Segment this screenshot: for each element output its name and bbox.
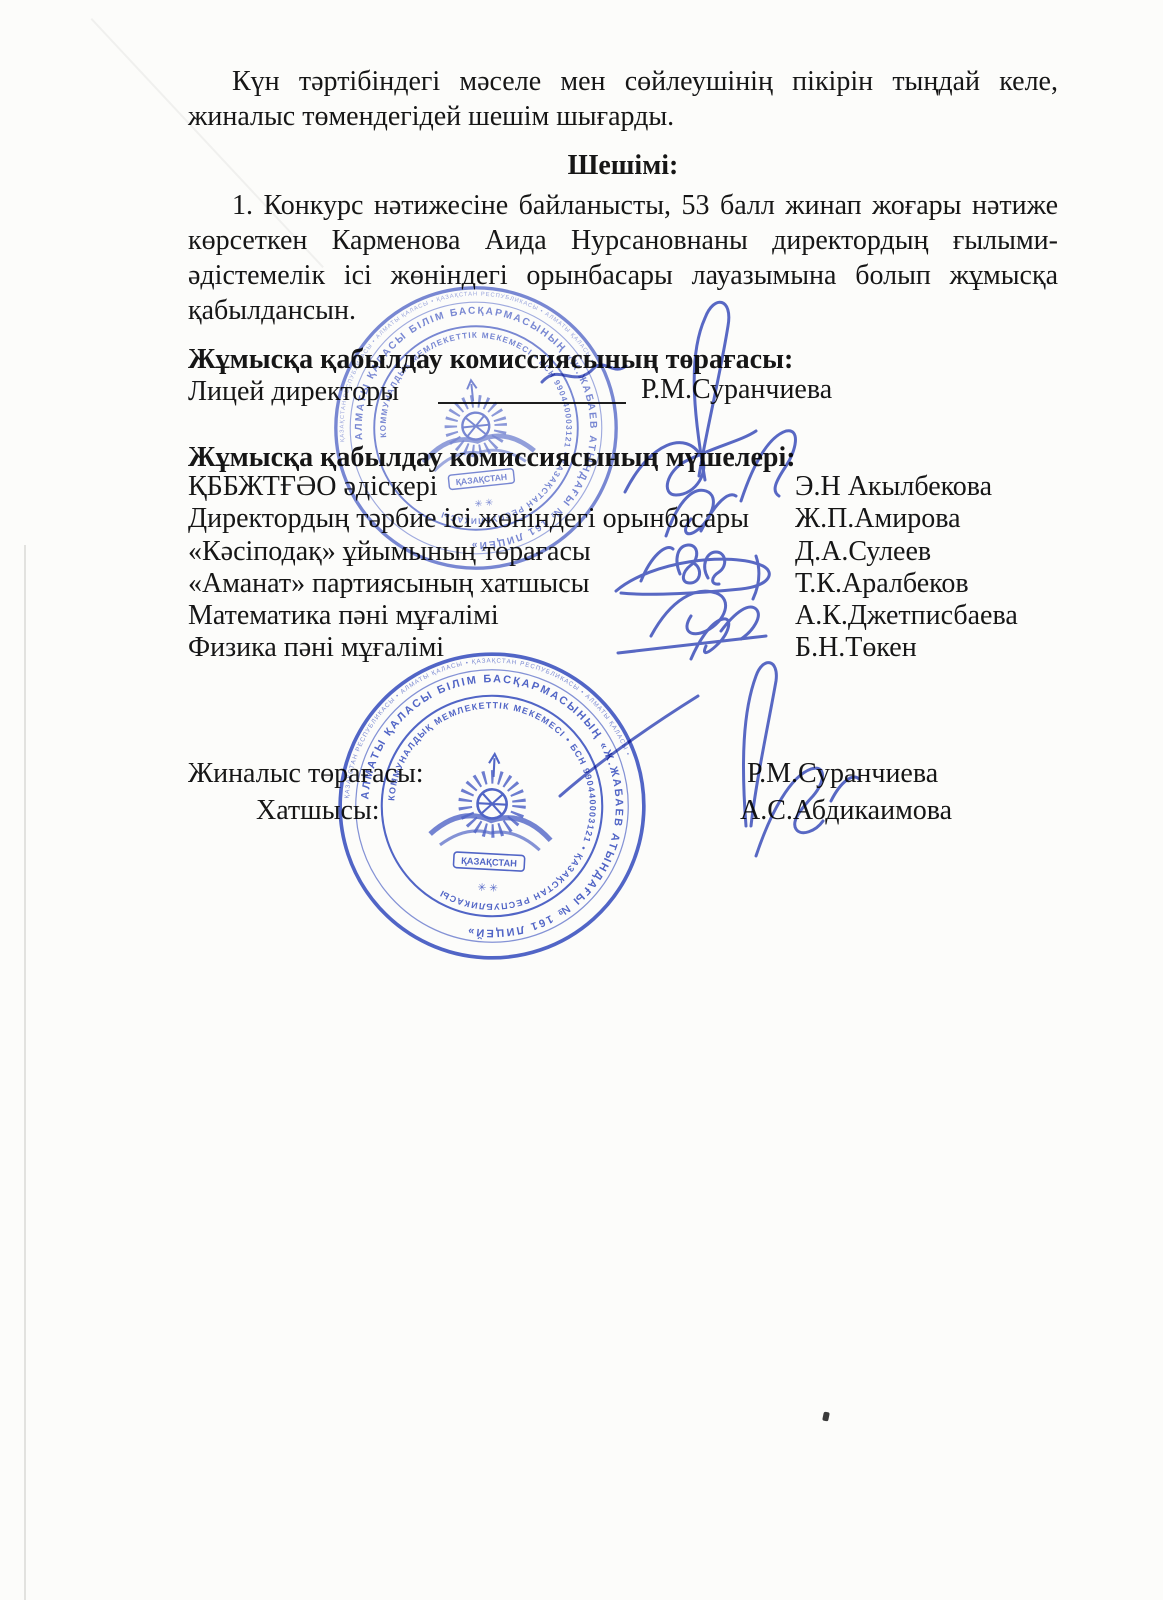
secretary-label: Хатшысы: (256, 795, 380, 827)
page-edge-line (24, 545, 26, 1600)
scanned-document-page: Күн тәртібіндегі мәселе мен сөйлеушінің … (0, 0, 1163, 1600)
member-name: Э.Н Акылбекова (795, 471, 992, 503)
commission-members-heading: Жұмысқа қабылдау комиссиясының мүшелері: (188, 440, 796, 475)
signature-aralbekov (616, 556, 769, 599)
intro-paragraph: Күн тәртібіндегі мәселе мен сөйлеушінің … (188, 64, 1058, 134)
member-role: Директордың тәрбие ісі жөніндегі орынбас… (188, 503, 749, 535)
commission-chair-heading: Жұмысқа қабылдау комиссиясының төрағасы: (188, 342, 793, 377)
ink-speck (822, 1411, 830, 1421)
stamp-stars: ✳ ✳ (477, 883, 498, 895)
decision-heading: Шешімі: (188, 148, 1058, 183)
member-name: Ж.П.Амирова (795, 503, 961, 535)
stamp-inner-ring-text: КОММУНАЛДЫҚ МЕМЛЕКЕТТІК МЕКЕМЕСІ • БСН 9… (381, 695, 603, 917)
secretary-name: А.С.Абдикаимова (740, 795, 952, 827)
member-role: «Аманат» партиясының хатшысы (188, 568, 589, 600)
stamp-name-ring-text: АЛМАТЫ ҚАЛАСЫ БІЛІМ БАСҚАРМАСЫНЫҢ «Ж.ЖАБ… (352, 666, 631, 946)
svg-text:КОММУНАЛДЫҚ МЕМЛЕКЕТТІК МЕКЕМЕ: КОММУНАЛДЫҚ МЕМЛЕКЕТТІК МЕКЕМЕСІ • БСН 9… (381, 695, 603, 917)
decision-item-paragraph: 1. Конкурс нәтижесіне байланысты, 53 бал… (188, 188, 1058, 328)
member-role: Физика пәні мұғалімі (188, 632, 444, 664)
signature-suleev (641, 545, 725, 584)
signature-dzhetpisbaeva (651, 591, 758, 639)
kazakhstan-emblem-icon (428, 751, 555, 873)
svg-text:АЛМАТЫ ҚАЛАСЫ БІЛІМ БАСҚАРМАСЫ: АЛМАТЫ ҚАЛАСЫ БІЛІМ БАСҚАРМАСЫНЫҢ «Ж.ЖАБ… (352, 666, 631, 946)
member-role: Математика пәні мұғалімі (188, 600, 499, 632)
signature-footer-stroke (560, 696, 698, 796)
meeting-chair-name: Р.М.Суранчиева (747, 758, 938, 790)
member-name: Д.А.Сулеев (795, 536, 931, 568)
meeting-chair-label: Жиналыс төрағасы: (188, 758, 424, 790)
member-role: ҚББЖТҒӘО әдіскері (188, 471, 437, 503)
commission-chair-role: Лицей директоры (188, 376, 399, 408)
member-role: «Кәсіподақ» ұйымының төрағасы (188, 536, 591, 568)
member-name: Т.К.Аралбеков (795, 568, 969, 600)
signature-token (618, 619, 766, 659)
member-name: А.К.Джетписбаева (795, 600, 1018, 632)
commission-chair-name: Р.М.Суранчиева (641, 374, 832, 406)
member-name: Б.Н.Төкен (795, 632, 917, 664)
signature-line (438, 402, 626, 404)
stamp-center-label: ҚАЗАҚСТАН (461, 856, 518, 869)
